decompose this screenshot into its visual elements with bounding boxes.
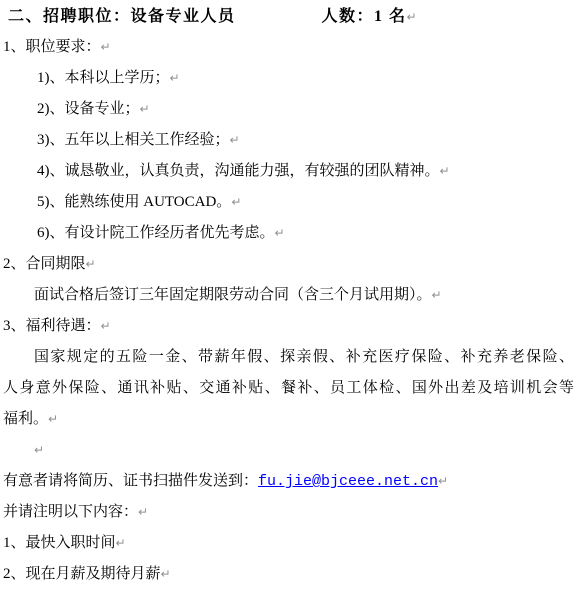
- empty-paragraph: ↵: [3, 435, 574, 466]
- note-item-label: 1、最快入职时间: [3, 535, 116, 551]
- document-page: 二、招聘职位：设备专业人员人数：1 名↵ 1、职位要求：↵ 1)、本科以上学历；…: [0, 0, 578, 597]
- benefits-heading: 3、福利待遇：↵: [3, 311, 574, 342]
- note-item-1: 1、最快入职时间↵: [3, 528, 574, 559]
- paragraph-mark-icon: ↵: [432, 288, 442, 302]
- title-line: 二、招聘职位：设备专业人员人数：1 名↵: [8, 1, 574, 32]
- requirement-item-1: 1)、本科以上学历；↵: [3, 63, 574, 94]
- apply-instruction: 有意者请将简历、证书扫描件发送到：: [3, 473, 258, 489]
- requirement-item-label: 5)、能熟练使用 AUTOCAD。: [37, 194, 231, 210]
- benefits-body-line-1: 国家规定的五险一金、带薪年假、探亲假、补充医疗保险、补充养老保险、: [3, 342, 574, 373]
- paragraph-mark-icon: ↵: [170, 71, 180, 85]
- paragraph-mark-icon: ↵: [86, 257, 96, 271]
- requirement-item-3: 3)、五年以上相关工作经验；↵: [3, 125, 574, 156]
- paragraph-mark-icon: ↵: [138, 505, 148, 519]
- requirement-item-label: 3)、五年以上相关工作经验；: [37, 132, 230, 148]
- headcount-label: 人数：1 名: [322, 8, 407, 25]
- contract-heading-label: 2、合同期限: [3, 256, 86, 272]
- requirements-heading: 1、职位要求：↵: [3, 32, 574, 63]
- paragraph-mark-icon: ↵: [48, 412, 58, 426]
- paragraph-mark-icon: ↵: [140, 102, 150, 116]
- requirement-item-2: 2)、设备专业；↵: [3, 94, 574, 125]
- benefits-body-line-2: 人身意外保险、通讯补贴、交通补贴、餐补、员工体检、国外出差及培训机会等: [3, 373, 574, 404]
- paragraph-mark-icon: ↵: [438, 474, 448, 488]
- requirement-item-label: 4)、诚恳敬业，认真负责，沟通能力强，有较强的团队精神。: [37, 163, 440, 179]
- contract-heading: 2、合同期限↵: [3, 249, 574, 280]
- note-item-label: 2、现在月薪及期待月薪: [3, 566, 161, 582]
- paragraph-mark-icon: ↵: [101, 319, 111, 333]
- benefits-heading-label: 3、福利待遇：: [3, 318, 101, 334]
- requirements-heading-label: 1、职位要求：: [3, 39, 101, 55]
- paragraph-mark-icon: ↵: [275, 226, 285, 240]
- benefits-body-text: 国家规定的五险一金、带薪年假、探亲假、补充医疗保险、补充养老保险、: [34, 349, 574, 365]
- benefits-body-line-3: 福利。↵: [3, 404, 574, 435]
- paragraph-mark-icon: ↵: [34, 443, 44, 457]
- contract-body: 面试合格后签订三年固定期限劳动合同（含三个月试用期）。↵: [3, 280, 574, 311]
- notes-heading: 并请注明以下内容：↵: [3, 497, 574, 528]
- paragraph-mark-icon: ↵: [101, 40, 111, 54]
- notes-heading-label: 并请注明以下内容：: [3, 504, 138, 520]
- paragraph-mark-icon: ↵: [407, 10, 417, 24]
- note-item-2: 2、现在月薪及期待月薪↵: [3, 559, 574, 590]
- paragraph-mark-icon: ↵: [231, 195, 241, 209]
- requirement-item-6: 6)、有设计院工作经历者优先考虑。↵: [3, 218, 574, 249]
- requirement-item-label: 1)、本科以上学历；: [37, 70, 170, 86]
- requirement-item-5: 5)、能熟练使用 AUTOCAD。↵: [3, 187, 574, 218]
- benefits-body-text: 福利。: [3, 411, 48, 427]
- requirement-item-4: 4)、诚恳敬业，认真负责，沟通能力强，有较强的团队精神。↵: [3, 156, 574, 187]
- position-title: 二、招聘职位：设备专业人员: [8, 8, 236, 25]
- paragraph-mark-icon: ↵: [116, 536, 126, 550]
- benefits-body-text: 人身意外保险、通讯补贴、交通补贴、餐补、员工体检、国外出差及培训机会等: [3, 380, 574, 396]
- paragraph-mark-icon: ↵: [440, 164, 450, 178]
- paragraph-mark-icon: ↵: [230, 133, 240, 147]
- paragraph-mark-icon: ↵: [161, 567, 171, 581]
- apply-line: 有意者请将简历、证书扫描件发送到：fu.jie@bjceee.net.cn↵: [3, 466, 574, 497]
- requirement-item-label: 2)、设备专业；: [37, 101, 140, 117]
- requirement-item-label: 6)、有设计院工作经历者优先考虑。: [37, 225, 275, 241]
- contract-body-text: 面试合格后签订三年固定期限劳动合同（含三个月试用期）。: [34, 287, 432, 303]
- email-link[interactable]: fu.jie@bjceee.net.cn: [258, 473, 438, 490]
